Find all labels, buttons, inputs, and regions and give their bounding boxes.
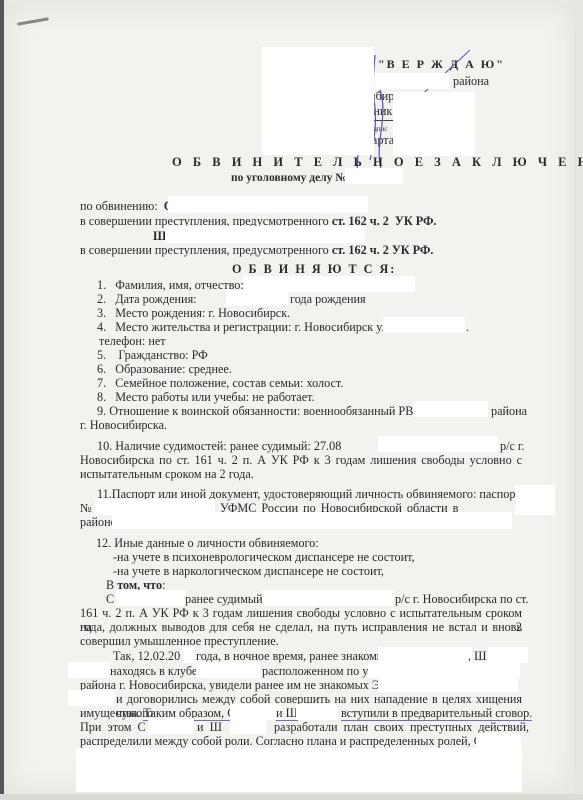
document-subtitle: по уголовному делу № [231, 171, 347, 185]
redaction-box [112, 512, 512, 529]
scan-bottom-edge [0, 794, 583, 800]
redaction-box [165, 226, 365, 243]
redaction-box [76, 748, 522, 792]
item-7: 7. Семейное положение, состав семьи: хол… [97, 376, 343, 390]
item-11-line3: районе [80, 515, 116, 529]
redaction-box [183, 647, 195, 663]
redaction-box [68, 662, 110, 678]
item-12-sub-1: -на учете в психоневрологическом диспанс… [113, 550, 415, 564]
scan-right-edge [574, 0, 583, 800]
item-12: 12. Иные данные о личности обвиняемого: [96, 536, 319, 550]
redaction-box [378, 436, 498, 452]
redaction-box [393, 92, 475, 156]
redaction-box [296, 704, 338, 720]
item-10-line3: испытательным сроком на 2 года. [80, 467, 254, 481]
p2-line5c: и Ш [276, 706, 298, 721]
p2-line2b: расположенном по ул. [262, 664, 377, 678]
item-8: 8. Место работы или учебы: не работает. [97, 390, 315, 404]
item-4-suffix: . [466, 320, 469, 334]
redaction-box [515, 485, 555, 515]
p2-mid: года, в ночное время, ранее знакомые С [196, 649, 402, 663]
redaction-box [168, 196, 368, 213]
document-title: О Б В И Н И Т Е Л Ь Н О Е З А К Л Ю Ч Е … [172, 155, 583, 169]
redaction-box [226, 290, 288, 306]
item-9-line2: г. Новосибирска. [80, 418, 167, 432]
redaction-box [383, 317, 465, 333]
p1-mid: ранее судимый [185, 592, 263, 606]
item-3: 3. Место рождения: г. Новосибирск. [97, 306, 290, 320]
redaction-box [230, 718, 266, 734]
p2-line6b: и Ш [197, 720, 222, 734]
redaction-box [476, 733, 521, 749]
p2-line2a: находясь в клубе [110, 664, 197, 678]
p2-line5d: вступили в предварительный сговор. [341, 706, 532, 721]
item-10: 10. Наличие судимостей: ранее судимый: 2… [97, 439, 341, 453]
p2-start: Так, 12.02.20 [113, 649, 180, 663]
p1-end: р/с г. Новосибирска по ст. [395, 592, 529, 606]
redaction-box [262, 590, 394, 606]
p1-line3: года, должных выводов для себя не сделал… [80, 620, 522, 634]
redaction-box [148, 718, 194, 734]
p1-initial: С [106, 592, 114, 606]
redaction-box [116, 590, 186, 606]
p2-line7: распределили между собой роли. Согласно … [80, 734, 482, 748]
redaction-box [262, 47, 374, 155]
p2-end: , Ш [468, 649, 486, 663]
charge-2-article: в совершении преступления, предусмотренн… [80, 243, 433, 257]
item-11-number-label: № [80, 501, 92, 515]
item-6: 6. Образование: среднее. [97, 362, 232, 376]
item-2-suffix: года рождения [290, 292, 366, 306]
redaction-box [378, 676, 518, 692]
redaction-box [488, 647, 528, 663]
p2-line6c: разработали план своих преступных действ… [274, 720, 529, 734]
item-phone: телефон: нет [99, 334, 166, 348]
item-9: 9. Отношение к воинской обязанности: вое… [97, 404, 421, 418]
p2-line6a: При этом С [80, 720, 146, 734]
redaction-box [345, 168, 403, 184]
item-5: 5. Гражданство: РФ [97, 348, 208, 362]
item-9-suffix: района [491, 404, 527, 418]
redaction-box [68, 690, 114, 706]
accused-heading: О Б В И Н Я Ю Т С Я: [232, 262, 396, 276]
item-10-line2: Новосибирска по ст. 161 ч. 2 п. А УК РФ … [80, 453, 522, 467]
item-12-sub-2: -на учете в наркологическом диспансере н… [113, 564, 384, 578]
p1-line4: совершил умышленное преступление. [80, 634, 279, 648]
item-2: 2. Дата рождения: [97, 292, 197, 306]
item-10-suffix: р/с г. [500, 439, 525, 453]
redaction-box [413, 401, 488, 417]
item-4: 4. Место жительства и регистрации: г. Но… [97, 320, 391, 334]
charge-1-label: по обвинению: С [80, 199, 173, 213]
p2-line3: района г. Новосибирска, увидели ранее им… [80, 678, 380, 692]
redaction-box [378, 647, 472, 663]
redaction-box [196, 662, 260, 678]
redaction-box [375, 73, 450, 89]
